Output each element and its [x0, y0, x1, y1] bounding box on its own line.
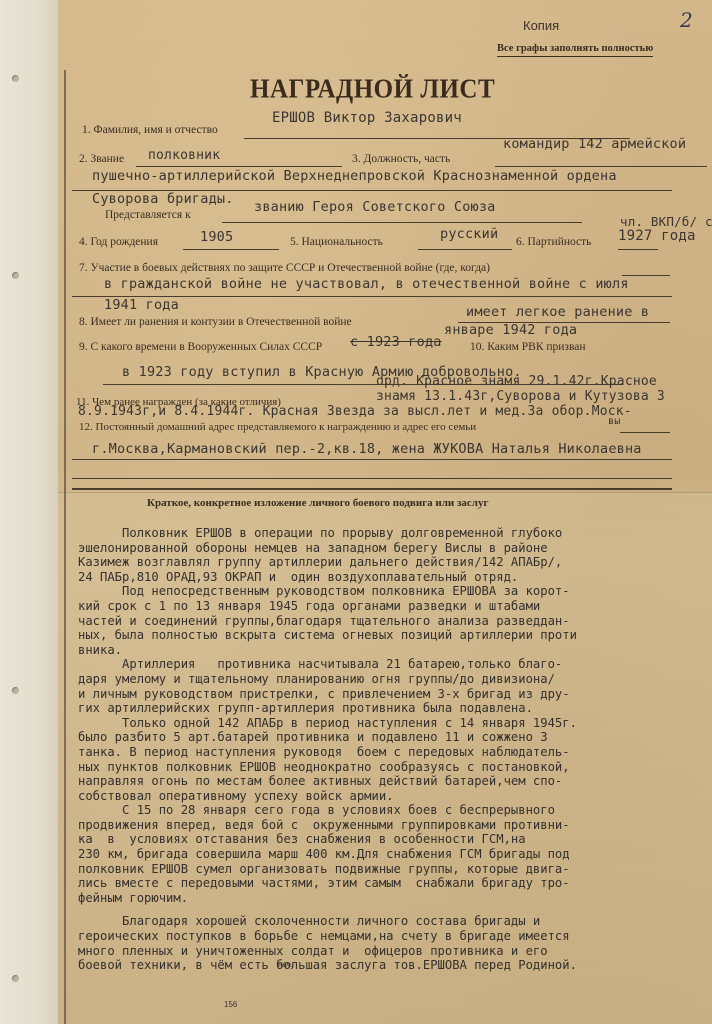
field-8-value: имеет легкое ранение в [466, 304, 649, 320]
narrative-line: кий срок с 1 по 13 января 1945 года орга… [78, 599, 708, 614]
field-12-value: г.Москва,Кармановский пер.-2,кв.18, жена… [92, 441, 642, 457]
page-number: 2 [680, 8, 693, 32]
field-9-value: с 1923 года [350, 334, 442, 350]
narrative-line: Артиллерия противника насчитывала 21 бат… [78, 657, 708, 672]
field-11-value-line2: знамя 13.1.43г,Суворова и Кутузова 3 [376, 389, 665, 404]
stamp-text: нач. [278, 960, 293, 969]
field-2-label: 2. Звание [79, 153, 124, 165]
binding-strip [0, 0, 58, 1024]
field-3-value: командир 142 армейской [503, 136, 686, 152]
narrative-line: С 15 по 28 января сего года в условиях б… [78, 803, 708, 818]
field-3-label: 3. Должность, часть [352, 153, 450, 165]
field-11-value-line3: 8.9.1943г,и 8.4.1944г. Красная Звезда за… [78, 404, 632, 419]
staple-hole [12, 687, 19, 694]
narrative-line: и личным руководством пристрелки, с прив… [78, 687, 708, 702]
narrative-line [78, 905, 708, 914]
narrative-line: Казимеж возглавлял группу артиллерии дал… [78, 555, 708, 570]
narrative-line: полковник ЕРШОВ сумел организовать подви… [78, 862, 708, 877]
field-11-value-line4: вы [608, 416, 620, 427]
staple-hole [12, 975, 19, 982]
narrative-line: много пленных и уничтоженных солдат и оф… [78, 944, 708, 959]
copy-label: Копия [523, 18, 559, 33]
narrative-line: частей и соединений группы,благодаря тща… [78, 614, 708, 629]
staple-hole [12, 75, 19, 82]
narrative-line: фейным горючим. [78, 891, 708, 906]
narrative-line: ных, была полностью вскрыта система огне… [78, 628, 708, 643]
field-7-value: в гражданской войне не участвовал, в оте… [104, 276, 629, 292]
field-9-label: 9. С какого времени в Вооруженных Силах … [79, 341, 322, 353]
field-4-label: 4. Год рождения [79, 236, 158, 248]
narrative-line: танка. В период наступления руководя бое… [78, 745, 708, 760]
field-6-value-top: чл. ВКП/б/ с [620, 214, 712, 229]
field-10-label: 10. Каким РВК призван [470, 341, 586, 353]
narrative-line: лись вместе с передовыми частями, этим с… [78, 876, 708, 891]
narrative-line: боевой техники, в чём есть большая заслу… [78, 958, 708, 973]
narrative-line: собствовал оперативному успеху войск арм… [78, 789, 708, 804]
field-3-value-cont1: пушечно-артиллерийской Верхнеднепровской… [92, 168, 617, 184]
narrative-line: Благодаря хорошей сколоченности личного … [78, 914, 708, 929]
feat-narrative: Полковник ЕРШОВ в операции по прорыву до… [78, 526, 708, 973]
field-1-label: 1. Фамилия, имя и отчество [82, 124, 218, 136]
staple-hole [12, 272, 19, 279]
field-4-value: 1905 [200, 229, 233, 245]
document-title: НАГРАДНОЙ ЛИСТ [250, 75, 495, 106]
field-7-label: 7. Участие в боевых действиях по защите … [79, 262, 490, 274]
narrative-line: ка в условиях отставания без снабжения в… [78, 832, 708, 847]
narrative-line: направляя огонь по местам более активных… [78, 774, 708, 789]
field-2-value: полковник [148, 148, 220, 163]
narrative-line: эшелонированной обороны немцев на западн… [78, 541, 708, 556]
narrative-line: 230 км, бригада совершила марш 400 км.Дл… [78, 847, 708, 862]
field-8-label: 8. Имеет ли ранения и контузии в Отечест… [79, 316, 352, 328]
narrative-line: Под непосредственным руководством полков… [78, 584, 708, 599]
field-12-label: 12. Постоянный домашний адрес представля… [79, 421, 476, 433]
narrative-line: Полковник ЕРШОВ в операции по прорыву до… [78, 526, 708, 541]
feat-heading: Краткое, конкретное изложение личного бо… [147, 497, 488, 509]
presented-for-value: званию Героя Советского Союза [254, 199, 496, 215]
narrative-line: героических поступков в борьбе с немцами… [78, 929, 708, 944]
narrative-line: вника. [78, 643, 708, 658]
field-6-value: 1927 года [618, 228, 696, 244]
presented-for-label: Представляется к [105, 209, 191, 221]
narrative-line: продвижения вперед, ведя бой с окруженны… [78, 818, 708, 833]
narrative-line: даря умелому и тщательному планированию … [78, 672, 708, 687]
narrative-line: было разбито 5 арт.батарей противника и … [78, 730, 708, 745]
archive-page-number: 156 [224, 1000, 237, 1009]
field-7-value-cont: 1941 года [104, 297, 179, 313]
field-5-label: 5. Национальность [290, 236, 383, 248]
narrative-line: ных пунктов полковник ЕРШОВ неоднократно… [78, 760, 708, 775]
field-1-value: ЕРШОВ Виктор Захарович [272, 110, 462, 126]
narrative-line: 24 ПАБр,810 ОРАД,93 ОКРАП и один воздухо… [78, 570, 708, 585]
field-8-value-cont: январе 1942 года [444, 322, 577, 338]
field-6-label: 6. Партийность [516, 236, 591, 248]
field-3-value-cont2: Суворова бригады. [92, 191, 234, 207]
field-5-value: русский [440, 226, 498, 242]
field-11-value-line1: орд. Красное знамя 29.1.42г.Красное [376, 374, 657, 389]
margin-line [64, 70, 66, 1024]
fill-instruction: Все графы заполнять полностью [497, 43, 653, 57]
narrative-line: гих артиллерийских групп-артиллерия прот… [78, 701, 708, 716]
narrative-line: Только одной 142 АПАБр в период наступле… [78, 716, 708, 731]
